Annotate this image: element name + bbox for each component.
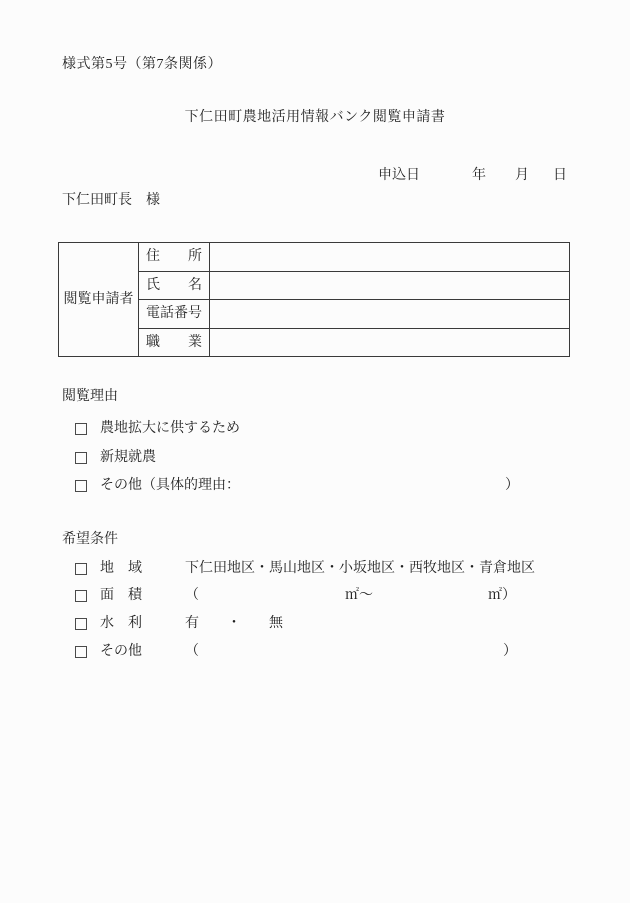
reason-item-other: その他（具体的理由： ） [75,477,520,494]
district-list: 下仁田地区・馬山地区・小坂地区・西牧地区・青倉地区 [185,560,535,577]
occupation-value-cell [210,328,570,357]
conditions-section-heading: 希望条件 [62,531,118,548]
condition-item-other: その他 （ ） [75,643,520,660]
checkbox-unchecked-icon [75,590,87,602]
year-label: 年 [472,167,486,184]
area-unit-to-close: ㎡） [488,587,516,604]
name-value-cell [210,271,570,300]
application-date-label: 申込日 [378,167,420,184]
page-title: 下仁田町農地活用情報バンク閲覧申請書 [0,109,630,126]
water-options: 有 ・ 無 [185,615,283,632]
checkbox-unchecked-icon [75,452,87,464]
condition-item-water: 水 利 有 ・ 無 [75,615,520,632]
area-unit-from: ㎡～ [345,587,373,604]
phone-label-cell: 電話番号 [139,300,210,329]
phone-value-cell [210,300,570,329]
address-label-cell: 住 所 [139,243,210,272]
close-paren: ） [503,643,517,660]
checkbox-unchecked-icon [75,480,87,492]
reason-item-label: その他（具体的理由： [100,477,240,494]
reason-item-label: 新規就農 [100,449,156,466]
addressee: 下仁田町長 様 [62,192,160,209]
form-number: 様式第5号（第7条関係） [62,56,222,73]
condition-label: 面 積 [100,587,142,604]
reason-section-heading: 閲覧理由 [62,388,118,405]
condition-label: 地 域 [100,560,142,577]
occupation-label-cell: 職 業 [139,328,210,357]
reason-item-expand-farmland: 農地拡大に供するため [75,420,520,437]
condition-item-area: 面 積 （ ㎡～ ㎡） [75,587,520,604]
applicant-header-cell: 閲覧申請者 [59,243,139,357]
condition-label: その他 [100,643,142,660]
table-row: 閲覧申請者 住 所 [59,243,570,272]
close-paren: ） [505,477,519,494]
reason-item-label: 農地拡大に供するため [100,420,240,437]
applicant-table: 閲覧申請者 住 所 氏 名 電話番号 職 業 [58,242,570,357]
open-paren: （ [185,587,199,604]
checkbox-unchecked-icon [75,563,87,575]
reason-item-new-farmer: 新規就農 [75,449,520,466]
month-label: 月 [515,167,529,184]
condition-label: 水 利 [100,615,142,632]
checkbox-unchecked-icon [75,646,87,658]
day-label: 日 [553,167,567,184]
address-value-cell [210,243,570,272]
checkbox-unchecked-icon [75,618,87,630]
checkbox-unchecked-icon [75,423,87,435]
application-date-line: 申込日 年 月 日 [0,167,630,184]
document-page: 様式第5号（第7条関係） 下仁田町農地活用情報バンク閲覧申請書 申込日 年 月 … [0,0,630,903]
condition-item-district: 地 域 下仁田地区・馬山地区・小坂地区・西牧地区・青倉地区 [75,560,520,577]
name-label-cell: 氏 名 [139,271,210,300]
open-paren: （ [185,643,199,660]
